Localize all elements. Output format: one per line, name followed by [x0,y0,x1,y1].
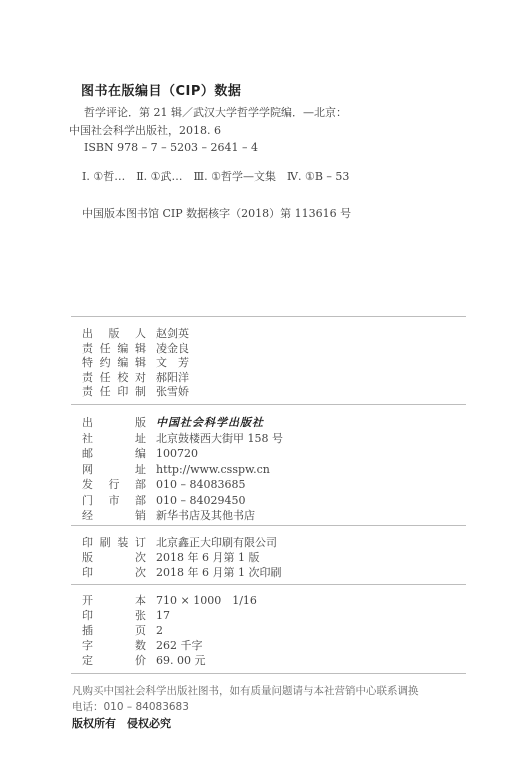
label-char: 经 [82,509,93,523]
publisher-value: http://www.csspw.cn [156,463,270,477]
specs-label: 开本 [82,594,146,608]
printing-value: 2018 年 6 月第 1 次印刷 [156,566,281,580]
specs-value: 2 [156,624,163,638]
label-char: 人 [135,327,146,341]
footer-phone: 电话：010 – 84083683 [72,699,189,714]
label-char: 制 [135,385,146,399]
printing-row: 印刷装订北京鑫正大印刷有限公司 [82,536,277,550]
printing-label: 印次 [82,566,146,580]
label-char: 页 [135,624,146,638]
staff-label: 特约编辑 [82,356,146,370]
publisher-label: 经销 [82,509,146,523]
publisher-value: 010 – 84083685 [156,478,245,492]
specs-label: 印张 [82,609,146,623]
divider [71,673,466,674]
label-char: 邮 [82,447,93,461]
cip-classification: Ⅰ. ①哲… Ⅱ. ①武… Ⅲ. ①哲学—文集 Ⅳ. ①B – 53 [82,168,349,184]
specs-label: 定价 [82,654,146,668]
divider [71,316,466,317]
label-char: 社 [82,432,93,446]
footer-notice: 凡购买中国社会科学出版社图书，如有质量问题请与本社营销中心联系调换 [72,683,419,698]
label-char: 任 [100,371,111,385]
staff-label: 责任校对 [82,371,146,385]
label-char: 市 [109,494,120,508]
label-char: 插 [82,624,93,638]
staff-row: 出版人赵剑英 [82,327,189,341]
label-char: 印 [82,566,93,580]
specs-label: 字数 [82,639,146,653]
staff-value: 文 芳 [156,356,189,370]
specs-row: 字数262 千字 [82,639,203,653]
specs-value: 710 × 1000 1/16 [156,594,257,608]
label-char: 印 [82,609,93,623]
label-char: 行 [109,478,120,492]
specs-row: 定价69. 00 元 [82,654,205,668]
label-char: 任 [100,385,111,399]
label-char: 辑 [135,342,146,356]
specs-row: 开本710 × 1000 1/16 [82,594,257,608]
specs-label: 插页 [82,624,146,638]
label-char: 约 [100,356,111,370]
staff-value: 赵剑英 [156,327,189,341]
label-char: 数 [135,639,146,653]
printing-label: 印刷装订 [82,536,146,550]
label-char: 责 [82,371,93,385]
label-char: 编 [135,447,146,461]
publisher-row: 发行部010 – 84083685 [82,478,245,492]
specs-value: 69. 00 元 [156,654,205,668]
cip-record-number: 中国版本图书馆 CIP 数据核字（2018）第 113616 号 [82,205,351,221]
label-char: 辑 [135,356,146,370]
divider [71,404,466,405]
staff-label: 责任编辑 [82,342,146,356]
publisher-value: 010 – 84029450 [156,494,245,508]
staff-row: 责任校对郝阳洋 [82,371,189,385]
label-char: 价 [135,654,146,668]
specs-row: 插页2 [82,624,163,638]
label-char: 出 [82,327,93,341]
publisher-row: 社址北京鼓楼西大街甲 158 号 [82,432,283,446]
label-char: 门 [82,494,93,508]
publisher-value: 新华书店及其他书店 [156,509,255,523]
label-char: 校 [117,371,128,385]
divider [71,525,466,526]
printing-label: 版次 [82,551,146,565]
publisher-row: 经销新华书店及其他书店 [82,509,255,523]
publisher-value: 北京鼓楼西大街甲 158 号 [156,432,283,446]
label-char: 装 [117,536,128,550]
copyright-notice: 版权所有 侵权必究 [72,715,171,731]
cip-line-2: 中国社会科学出版社，2018. 6 [69,122,221,138]
publisher-row: 门市部010 – 84029450 [82,494,245,508]
printing-value: 北京鑫正大印刷有限公司 [156,536,277,550]
publisher-row: 网址http://www.csspw.cn [82,463,270,477]
divider [71,584,466,585]
label-char: 订 [135,536,146,550]
label-char: 编 [117,342,128,356]
label-char: 版 [109,327,120,341]
label-char: 字 [82,639,93,653]
publisher-label: 网址 [82,463,146,477]
label-char: 出 [82,416,93,430]
label-char: 版 [135,416,146,430]
staff-label: 出版人 [82,327,146,341]
label-char: 次 [135,551,146,565]
label-char: 定 [82,654,93,668]
publisher-label: 发行部 [82,478,146,492]
label-char: 刷 [100,536,111,550]
publisher-value: 100720 [156,447,198,461]
label-char: 网 [82,463,93,477]
publisher-row: 出版中国社会科学出版社 [82,416,264,430]
label-char: 开 [82,594,93,608]
label-char: 印 [82,536,93,550]
label-char: 次 [135,566,146,580]
cip-line-1: 哲学评论．第 21 辑／武汉大学哲学学院编．—北京： [84,104,347,120]
cip-title: 图书在版编目（CIP）数据 [81,80,241,99]
printing-value: 2018 年 6 月第 1 版 [156,551,259,565]
specs-row: 印张17 [82,609,170,623]
label-char: 址 [135,432,146,446]
label-char: 特 [82,356,93,370]
label-char: 张 [135,609,146,623]
label-char: 销 [135,509,146,523]
staff-value: 张雪娇 [156,385,189,399]
specs-value: 17 [156,609,170,623]
specs-value: 262 千字 [156,639,203,653]
label-char: 对 [135,371,146,385]
publisher-label: 社址 [82,432,146,446]
publisher-label: 出版 [82,416,146,430]
printing-row: 版次2018 年 6 月第 1 版 [82,551,259,565]
label-char: 本 [135,594,146,608]
label-char: 编 [117,356,128,370]
label-char: 部 [135,494,146,508]
staff-label: 责任印制 [82,385,146,399]
staff-row: 特约编辑文 芳 [82,356,189,370]
staff-row: 责任编辑凌金良 [82,342,189,356]
publisher-value: 中国社会科学出版社 [156,416,264,430]
label-char: 责 [82,385,93,399]
staff-row: 责任印制张雪娇 [82,385,189,399]
label-char: 版 [82,551,93,565]
label-char: 发 [82,478,93,492]
label-char: 任 [100,342,111,356]
staff-value: 郝阳洋 [156,371,189,385]
label-char: 址 [135,463,146,477]
staff-value: 凌金良 [156,342,189,356]
publisher-label: 邮编 [82,447,146,461]
cip-isbn: ISBN 978 – 7 – 5203 – 2641 – 4 [84,141,258,154]
publisher-label: 门市部 [82,494,146,508]
label-char: 责 [82,342,93,356]
printing-row: 印次2018 年 6 月第 1 次印刷 [82,566,281,580]
publisher-row: 邮编100720 [82,447,198,461]
label-char: 部 [135,478,146,492]
label-char: 印 [117,385,128,399]
